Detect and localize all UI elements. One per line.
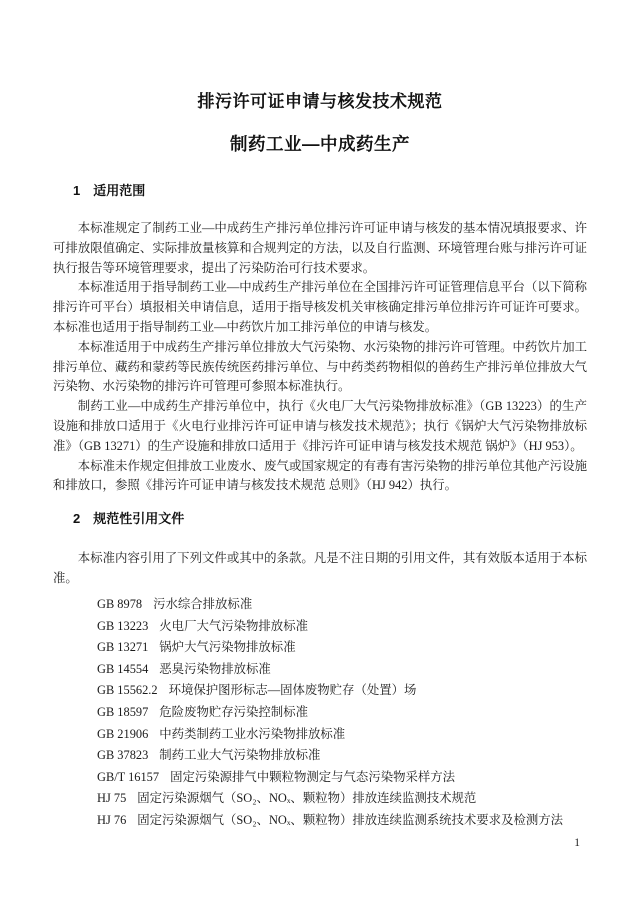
reference-item: GB 13223火电厂大气污染物排放标准 [53, 616, 587, 638]
reference-code: GB 8978 [97, 597, 142, 611]
reference-code: GB 18597 [97, 705, 148, 719]
references-list: GB 8978污水综合排放标准 GB 13223火电厂大气污染物排放标准 GB … [53, 594, 587, 832]
document-title: 排污许可证申请与核发技术规范 [53, 91, 587, 113]
reference-code: GB 13223 [97, 619, 148, 633]
reference-item: GB/T 16157固定污染源排气中颗粒物测定与气态污染物采样方法 [53, 767, 587, 789]
paragraph: 本标准适用于中成药生产排污单位排放大气污染物、水污染物的排污许可管理。中药饮片加… [53, 338, 587, 397]
section-1-body: 本标准规定了制药工业—中成药生产排污单位排污许可证申请与核发的基本情况填报要求、… [53, 219, 587, 496]
document-page: 排污许可证申请与核发技术规范 制药工业—中成药生产 1适用范围 本标准规定了制药… [0, 0, 640, 905]
reference-code: GB 37823 [97, 748, 148, 762]
reference-code: GB 15562.2 [97, 683, 158, 697]
reference-item: GB 15562.2环境保护图形标志—固体废物贮存（处置）场 [53, 680, 587, 702]
section-1-title: 适用范围 [93, 183, 145, 198]
reference-item: HJ 75固定污染源烟气（SO₂、NOₓ、颗粒物）排放连续监测技术规范 [53, 788, 587, 810]
section-2-body: 本标准内容引用了下列文件或其中的条款。凡是不注日期的引用文件，其有效版本适用于本… [53, 549, 587, 589]
reference-code: HJ 75 [97, 791, 126, 805]
reference-item: GB 37823制药工业大气污染物排放标准 [53, 745, 587, 767]
section-1-heading: 1适用范围 [53, 183, 587, 199]
reference-code: GB/T 16157 [97, 770, 159, 784]
reference-name: 中药类制药工业水污染物排放标准 [159, 727, 345, 741]
paragraph: 本标准内容引用了下列文件或其中的条款。凡是不注日期的引用文件，其有效版本适用于本… [53, 549, 587, 589]
reference-name: 固定污染源烟气（SO₂、NOₓ、颗粒物）排放连续监测技术规范 [137, 791, 476, 805]
reference-item: GB 18597危险废物贮存污染控制标准 [53, 702, 587, 724]
section-2-number: 2 [73, 511, 80, 526]
section-1-number: 1 [73, 183, 80, 198]
reference-name: 固定污染源烟气（SO₂、NOₓ、颗粒物）排放连续监测系统技术要求及检测方法 [137, 813, 563, 827]
paragraph: 本标准未作规定但排放工业废水、废气或国家规定的有毒有害污染物的排污单位其他产污设… [53, 457, 587, 497]
reference-name: 危险废物贮存污染控制标准 [159, 705, 308, 719]
reference-item: GB 14554恶臭污染物排放标准 [53, 659, 587, 681]
section-2-heading: 2规范性引用文件 [53, 511, 587, 527]
paragraph: 制药工业—中成药生产排污单位中，执行《火电厂大气污染物排放标准》（GB 1322… [53, 397, 587, 456]
reference-name: 环境保护图形标志—固体废物贮存（处置）场 [169, 683, 417, 697]
document-subtitle: 制药工业—中成药生产 [53, 133, 587, 155]
reference-code: HJ 76 [97, 813, 126, 827]
reference-name: 火电厂大气污染物排放标准 [159, 619, 308, 633]
reference-item: GB 13271锅炉大气污染物排放标准 [53, 637, 587, 659]
section-2-title: 规范性引用文件 [93, 511, 184, 526]
reference-name: 恶臭污染物排放标准 [159, 662, 271, 676]
reference-code: GB 14554 [97, 662, 148, 676]
reference-name: 固定污染源排气中颗粒物测定与气态污染物采样方法 [170, 770, 455, 784]
reference-item: HJ 76固定污染源烟气（SO₂、NOₓ、颗粒物）排放连续监测系统技术要求及检测… [53, 810, 587, 832]
reference-name: 污水综合排放标准 [153, 597, 252, 611]
reference-code: GB 13271 [97, 640, 148, 654]
reference-item: GB 8978污水综合排放标准 [53, 594, 587, 616]
reference-code: GB 21906 [97, 727, 148, 741]
paragraph: 本标准规定了制药工业—中成药生产排污单位排污许可证申请与核发的基本情况填报要求、… [53, 219, 587, 278]
reference-name: 锅炉大气污染物排放标准 [159, 640, 295, 654]
page-number: 1 [574, 836, 580, 850]
reference-name: 制药工业大气污染物排放标准 [159, 748, 320, 762]
reference-item: GB 21906中药类制药工业水污染物排放标准 [53, 724, 587, 746]
paragraph: 本标准适用于指导制药工业—中成药生产排污单位在全国排污许可证管理信息平台（以下简… [53, 278, 587, 337]
